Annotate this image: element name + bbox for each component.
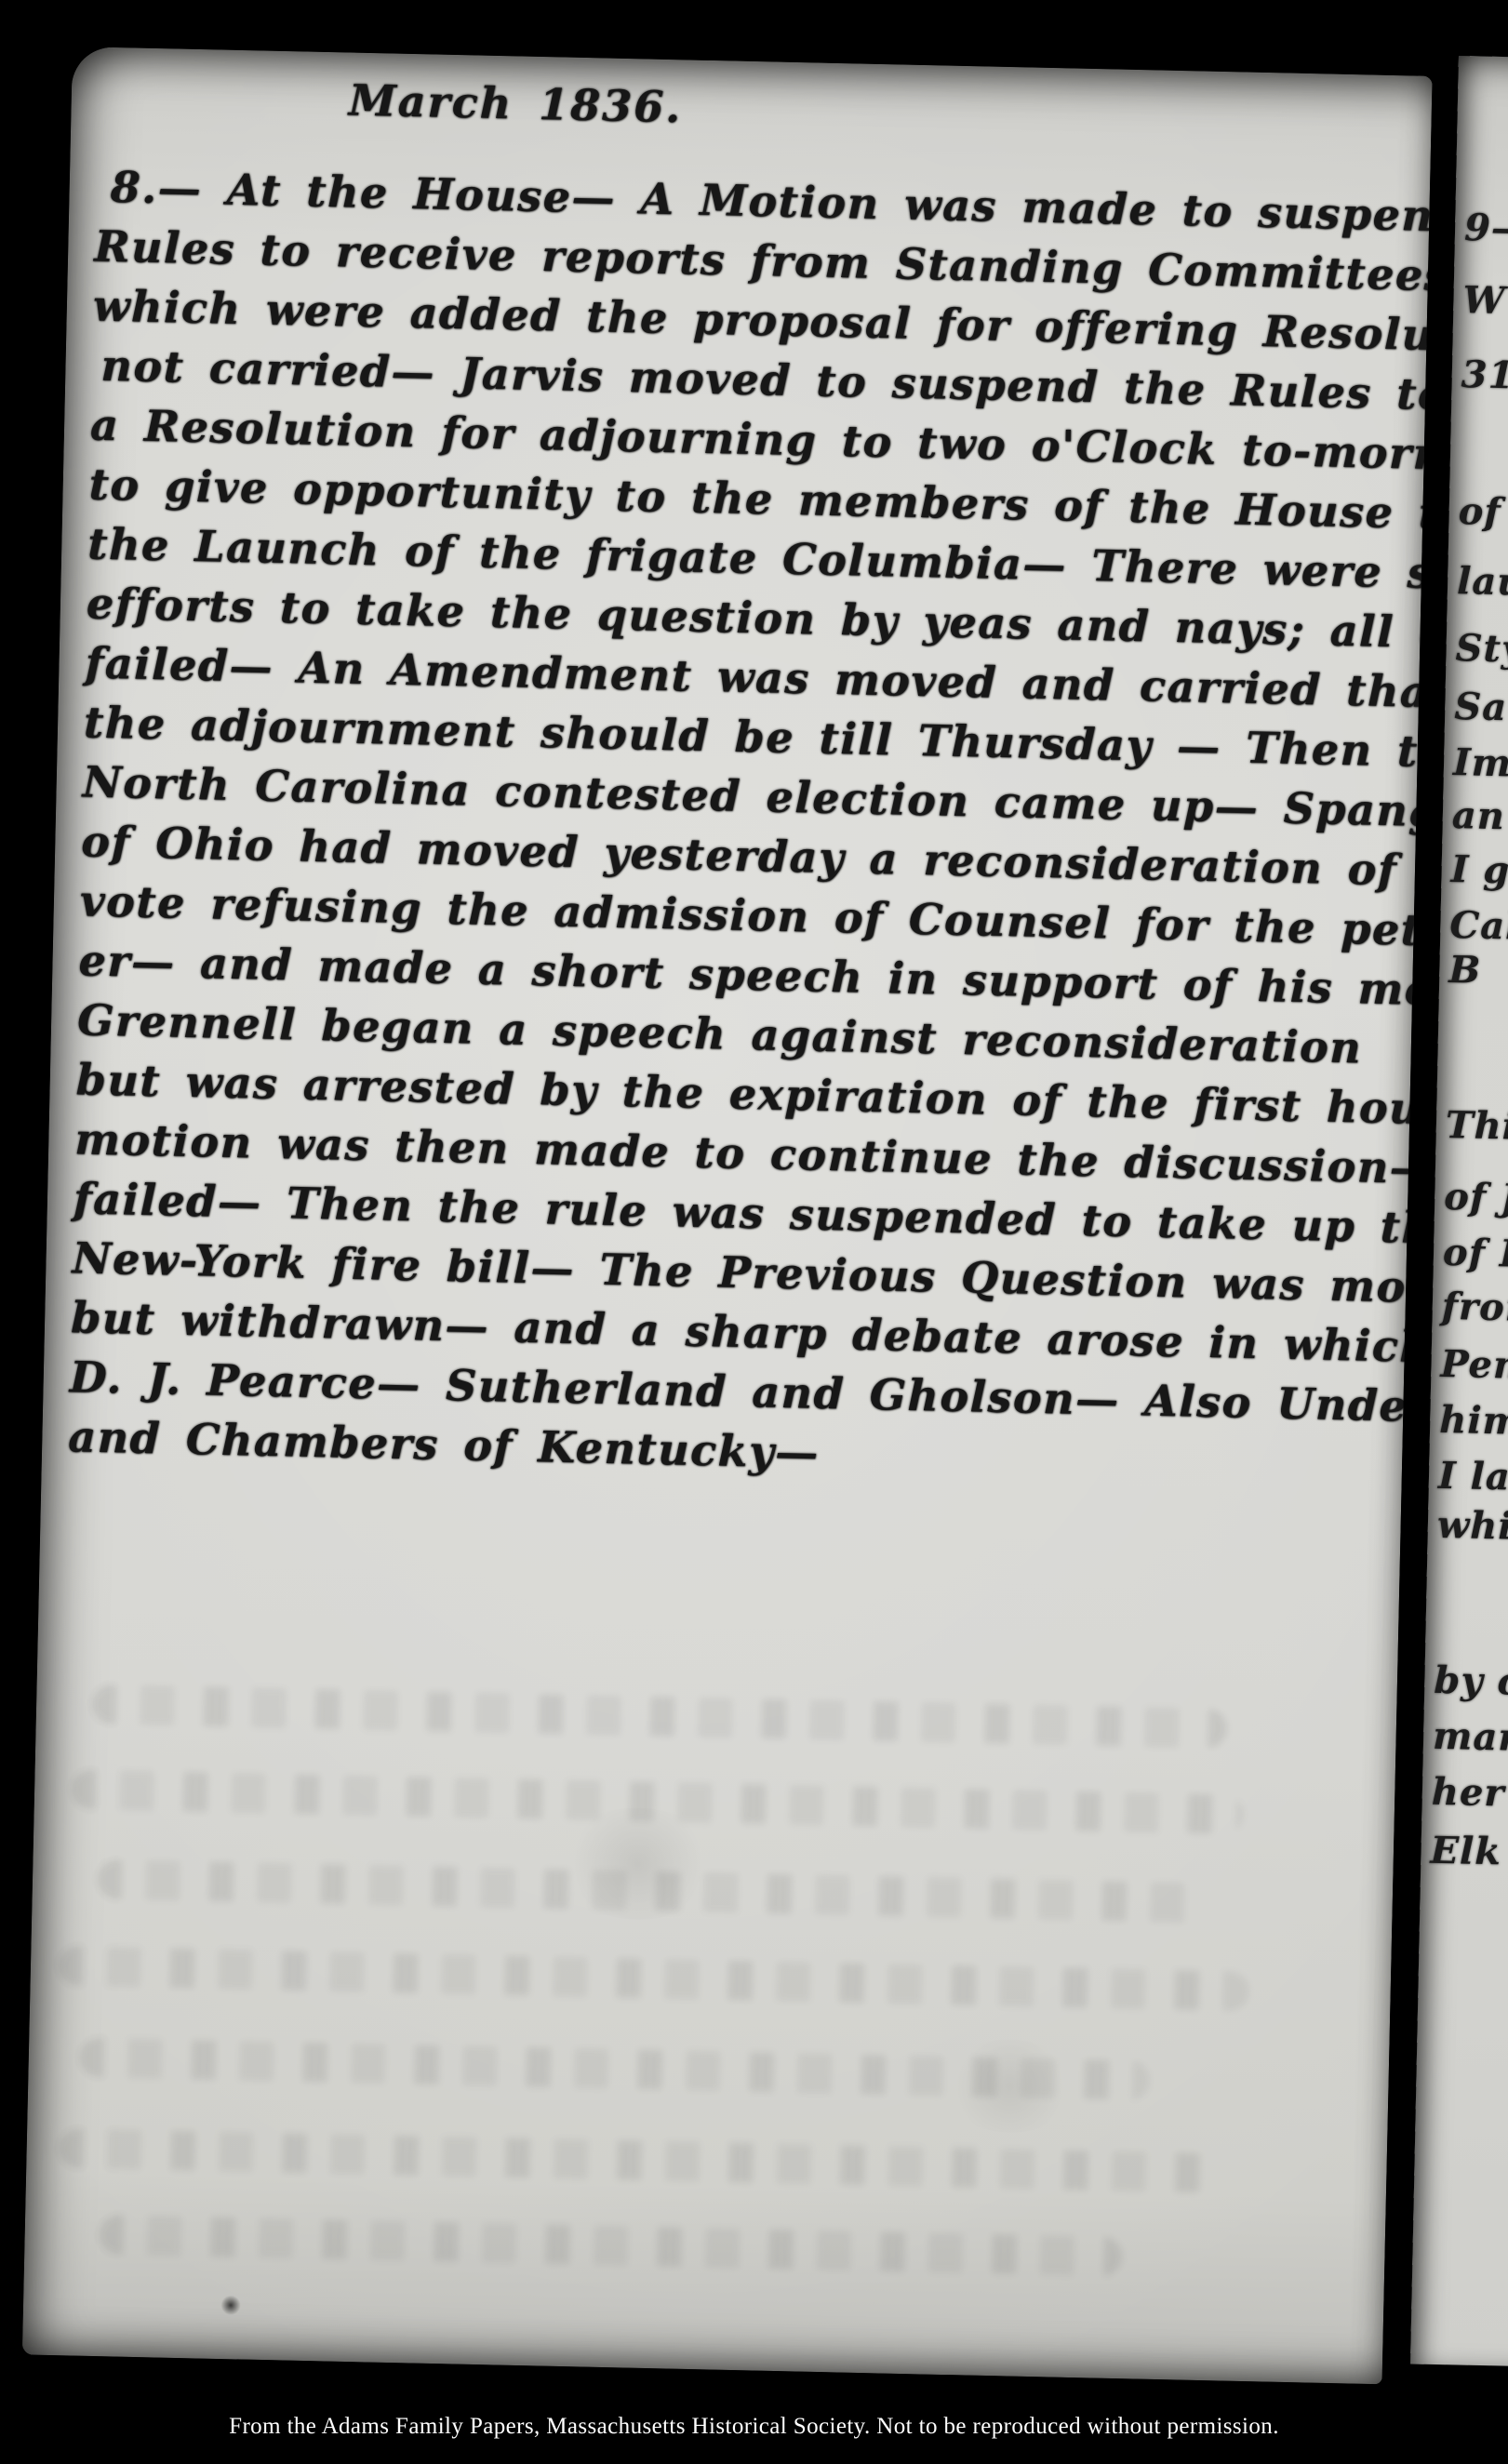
facing-page-text-fragment: mar [1433,1713,1508,1762]
facing-page-text-fragment: of J [1444,1174,1508,1222]
facing-page-text-fragment: lau [1457,558,1508,606]
scanned-manuscript-photo: March 1836. 8.— At the House— A Motion w… [0,0,1508,2464]
facing-page-text-fragment: her [1431,1769,1505,1818]
facing-page-text-fragment: 31 [1461,352,1508,399]
facing-page-text-fragment: of K [1443,1230,1508,1278]
facing-page-text-fragment: from [1441,1284,1508,1332]
facing-page-text-fragment: B [1448,947,1482,994]
facing-page-text-fragment: W [1462,277,1506,325]
manuscript-text: 8.— At the House— A Motion was made to s… [42,156,1430,1496]
facing-page-text-fragment: whi [1436,1502,1508,1551]
facing-page-text-fragment: Sty [1455,625,1508,673]
bleed-through-marks [59,1946,1250,2011]
facing-page-text-fragment: Im [1453,739,1508,787]
facing-page-text-fragment: an [1451,792,1505,840]
facing-page-text-fragment: 9— [1464,205,1508,252]
facing-page-text-fragment: of F [1458,488,1508,537]
facing-page-text-fragment: Pens [1440,1341,1508,1390]
facing-page-text-fragment: Sa [1454,684,1508,731]
paper-stain [939,2038,1080,2134]
facing-page-text-fragment: Elk [1430,1828,1501,1876]
facing-page-text-fragment: I g [1450,846,1508,894]
facing-page-text-fragment: Thi [1445,1102,1508,1151]
manuscript-page: March 1836. 8.— At the House— A Motion w… [22,47,1433,2384]
bleed-through-marks [92,1685,1228,1749]
bleed-through-marks [99,2215,1123,2276]
facing-page-text-fragment: I la [1437,1453,1508,1501]
facing-page-text-fragment: Cal [1449,902,1508,951]
archive-caption: From the Adams Family Papers, Massachuse… [0,2411,1508,2443]
facing-page-text-fragment: by c [1434,1658,1508,1706]
entry-date-heading: March 1836. [348,71,1432,152]
bleed-through-marks [59,2128,1213,2192]
facing-page-text-fragment: him [1439,1397,1508,1445]
ink-speck [219,2294,244,2317]
